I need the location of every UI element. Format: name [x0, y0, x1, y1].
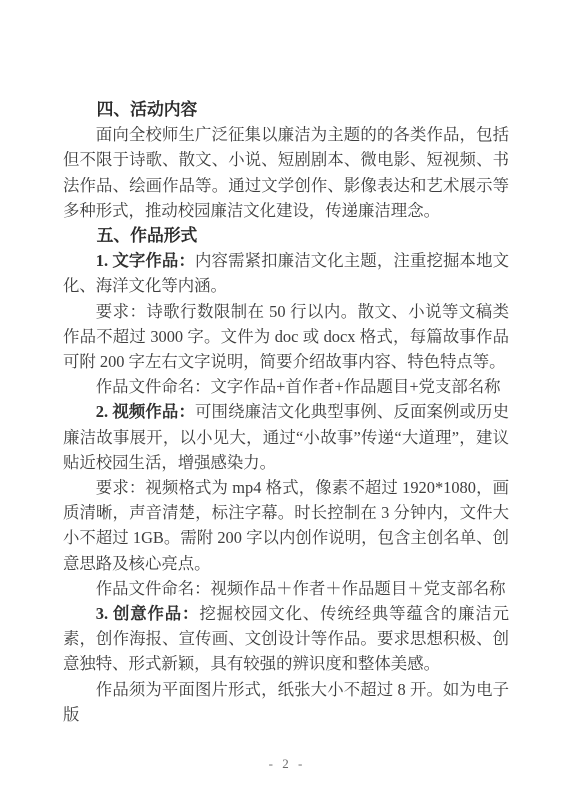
paragraph-lead-text-works: 1. 文字作品： [96, 251, 195, 270]
document-content: 四、活动内容 面向全校师生广泛征集以廉洁为主题的的各类作品，包括但不限于诗歌、散… [63, 97, 509, 727]
page-number: - 2 - [0, 756, 574, 772]
paragraph-activity-intro: 面向全校师生广泛征集以廉洁为主题的的各类作品，包括但不限于诗歌、散文、小说、短剧… [63, 122, 509, 223]
section-heading-activity-content: 四、活动内容 [63, 97, 509, 122]
paragraph-video-requirements: 要求：视频格式为 mp4 格式，像素不超过 1920*1080，画质清晰，声音清… [63, 475, 509, 576]
paragraph-text-requirements: 要求：诗歌行数限制在 50 行以内。散文、小说等文稿类作品不超过 3000 字。… [63, 299, 509, 375]
paragraph-creative-works: 3. 创意作品：挖掘校园文化、传统经典等蕴含的廉洁元素，创作海报、宣传画、文创设… [63, 601, 509, 677]
paragraph-video-file-naming: 作品文件命名：视频作品＋作者＋作品题目＋党支部名称 [63, 576, 509, 601]
paragraph-lead-video-works: 2. 视频作品： [96, 402, 195, 421]
paragraph-lead-creative-works: 3. 创意作品： [96, 604, 200, 623]
section-heading-work-forms: 五、作品形式 [63, 223, 509, 248]
paragraph-text-file-naming: 作品文件命名：文字作品+首作者+作品题目+党支部名称 [63, 374, 509, 399]
paragraph-video-works: 2. 视频作品：可围绕廉洁文化典型事例、反面案例或历史廉洁故事展开，以小见大，通… [63, 399, 509, 475]
document-page: 四、活动内容 面向全校师生广泛征集以廉洁为主题的的各类作品，包括但不限于诗歌、散… [0, 0, 574, 811]
paragraph-text-works: 1. 文字作品：内容需紧扣廉洁文化主题，注重挖掘本地文化、海洋文化等内涵。 [63, 248, 509, 298]
paragraph-creative-format: 作品须为平面图片形式，纸张大小不超过 8 开。如为电子版 [63, 677, 509, 727]
